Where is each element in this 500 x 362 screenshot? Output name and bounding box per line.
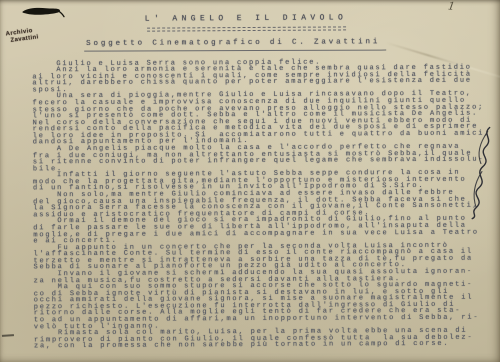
- archive-stamp: Archivio Zavattini: [5, 27, 39, 44]
- handwritten-margin-signature: [451, 124, 500, 220]
- margin-dash-mark: [2, 334, 14, 336]
- document-title: L' ANGELO E IL DIAVOLO: [0, 13, 493, 25]
- title-underline: [147, 26, 346, 32]
- scanned-typescript-page: Archivio Zavattini 1 L' ANGELO E IL DIAV…: [0, 0, 500, 362]
- typewritten-body-text: Giulio e Luisa Serra sono una coppia fel…: [32, 58, 498, 350]
- subtitle-underline: [84, 49, 386, 51]
- handwritten-page-number: 1: [447, 0, 456, 13]
- document-subtitle: Soggetto Cinematografico di C. Zavattini: [86, 38, 380, 48]
- page-content: Archivio Zavattini 1 L' ANGELO E IL DIAV…: [0, 0, 500, 362]
